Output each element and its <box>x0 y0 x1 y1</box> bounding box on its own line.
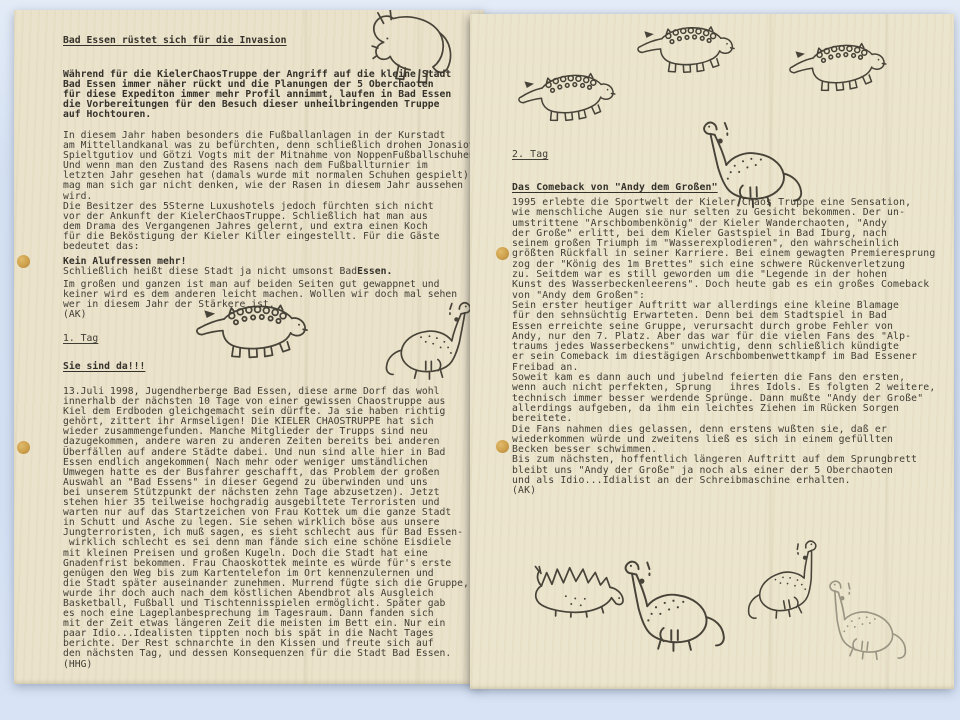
ankylosaurus-stamp <box>634 21 739 80</box>
hole-punch <box>496 440 509 453</box>
newsletter-page-right: 2. Tag Das Comeback von "Andy dem Großen… <box>470 14 954 689</box>
badessen-line: Schließlich heißt diese Stadt ja nicht u… <box>63 267 392 277</box>
day2-label: 2. Tag <box>512 150 548 160</box>
brontosaurus-stamp <box>700 112 803 211</box>
day1-report: 13.Juli 1998, Jugendherberge Bad Essen, … <box>63 387 469 670</box>
ankylosaurus-stamp <box>783 37 892 102</box>
hole-punch <box>496 247 509 260</box>
newsletter-page-left: Bad Essen rüstet sich für die Invasion W… <box>14 10 484 684</box>
hole-punch <box>17 255 30 268</box>
brontosaurus-stamp <box>622 556 726 652</box>
day2-heading: Das Comeback von "Andy dem Großen" <box>512 183 718 193</box>
stegosaurus-stamp <box>527 558 629 619</box>
badessen-bold-text: Essen. <box>357 266 392 277</box>
hole-punch <box>17 441 30 454</box>
day1-label: 1. Tag <box>63 334 98 344</box>
ankylosaurus-stamp <box>512 67 621 132</box>
badessen-normal-text: Schließlich heißt diese Stadt ja nicht u… <box>63 266 357 277</box>
scanned-newsletter: Bad Essen rüstet sich für die Invasion W… <box>0 0 960 720</box>
day2-report: 1995 erlebte die Sportwelt der Kieler Ch… <box>512 198 935 497</box>
brontosaurus-stamp <box>814 575 920 665</box>
day1-heading: Sie sind da!!! <box>63 362 145 372</box>
article-title: Bad Essen rüstet sich für die Invasion <box>63 36 287 46</box>
ankylosaurus-stamp <box>192 297 311 369</box>
brontosaurus-stamp <box>383 298 475 380</box>
triceratops-stamp <box>348 10 460 86</box>
city-preparations-paragraph: In diesem Jahr haben besonders die Fußba… <box>63 131 481 252</box>
